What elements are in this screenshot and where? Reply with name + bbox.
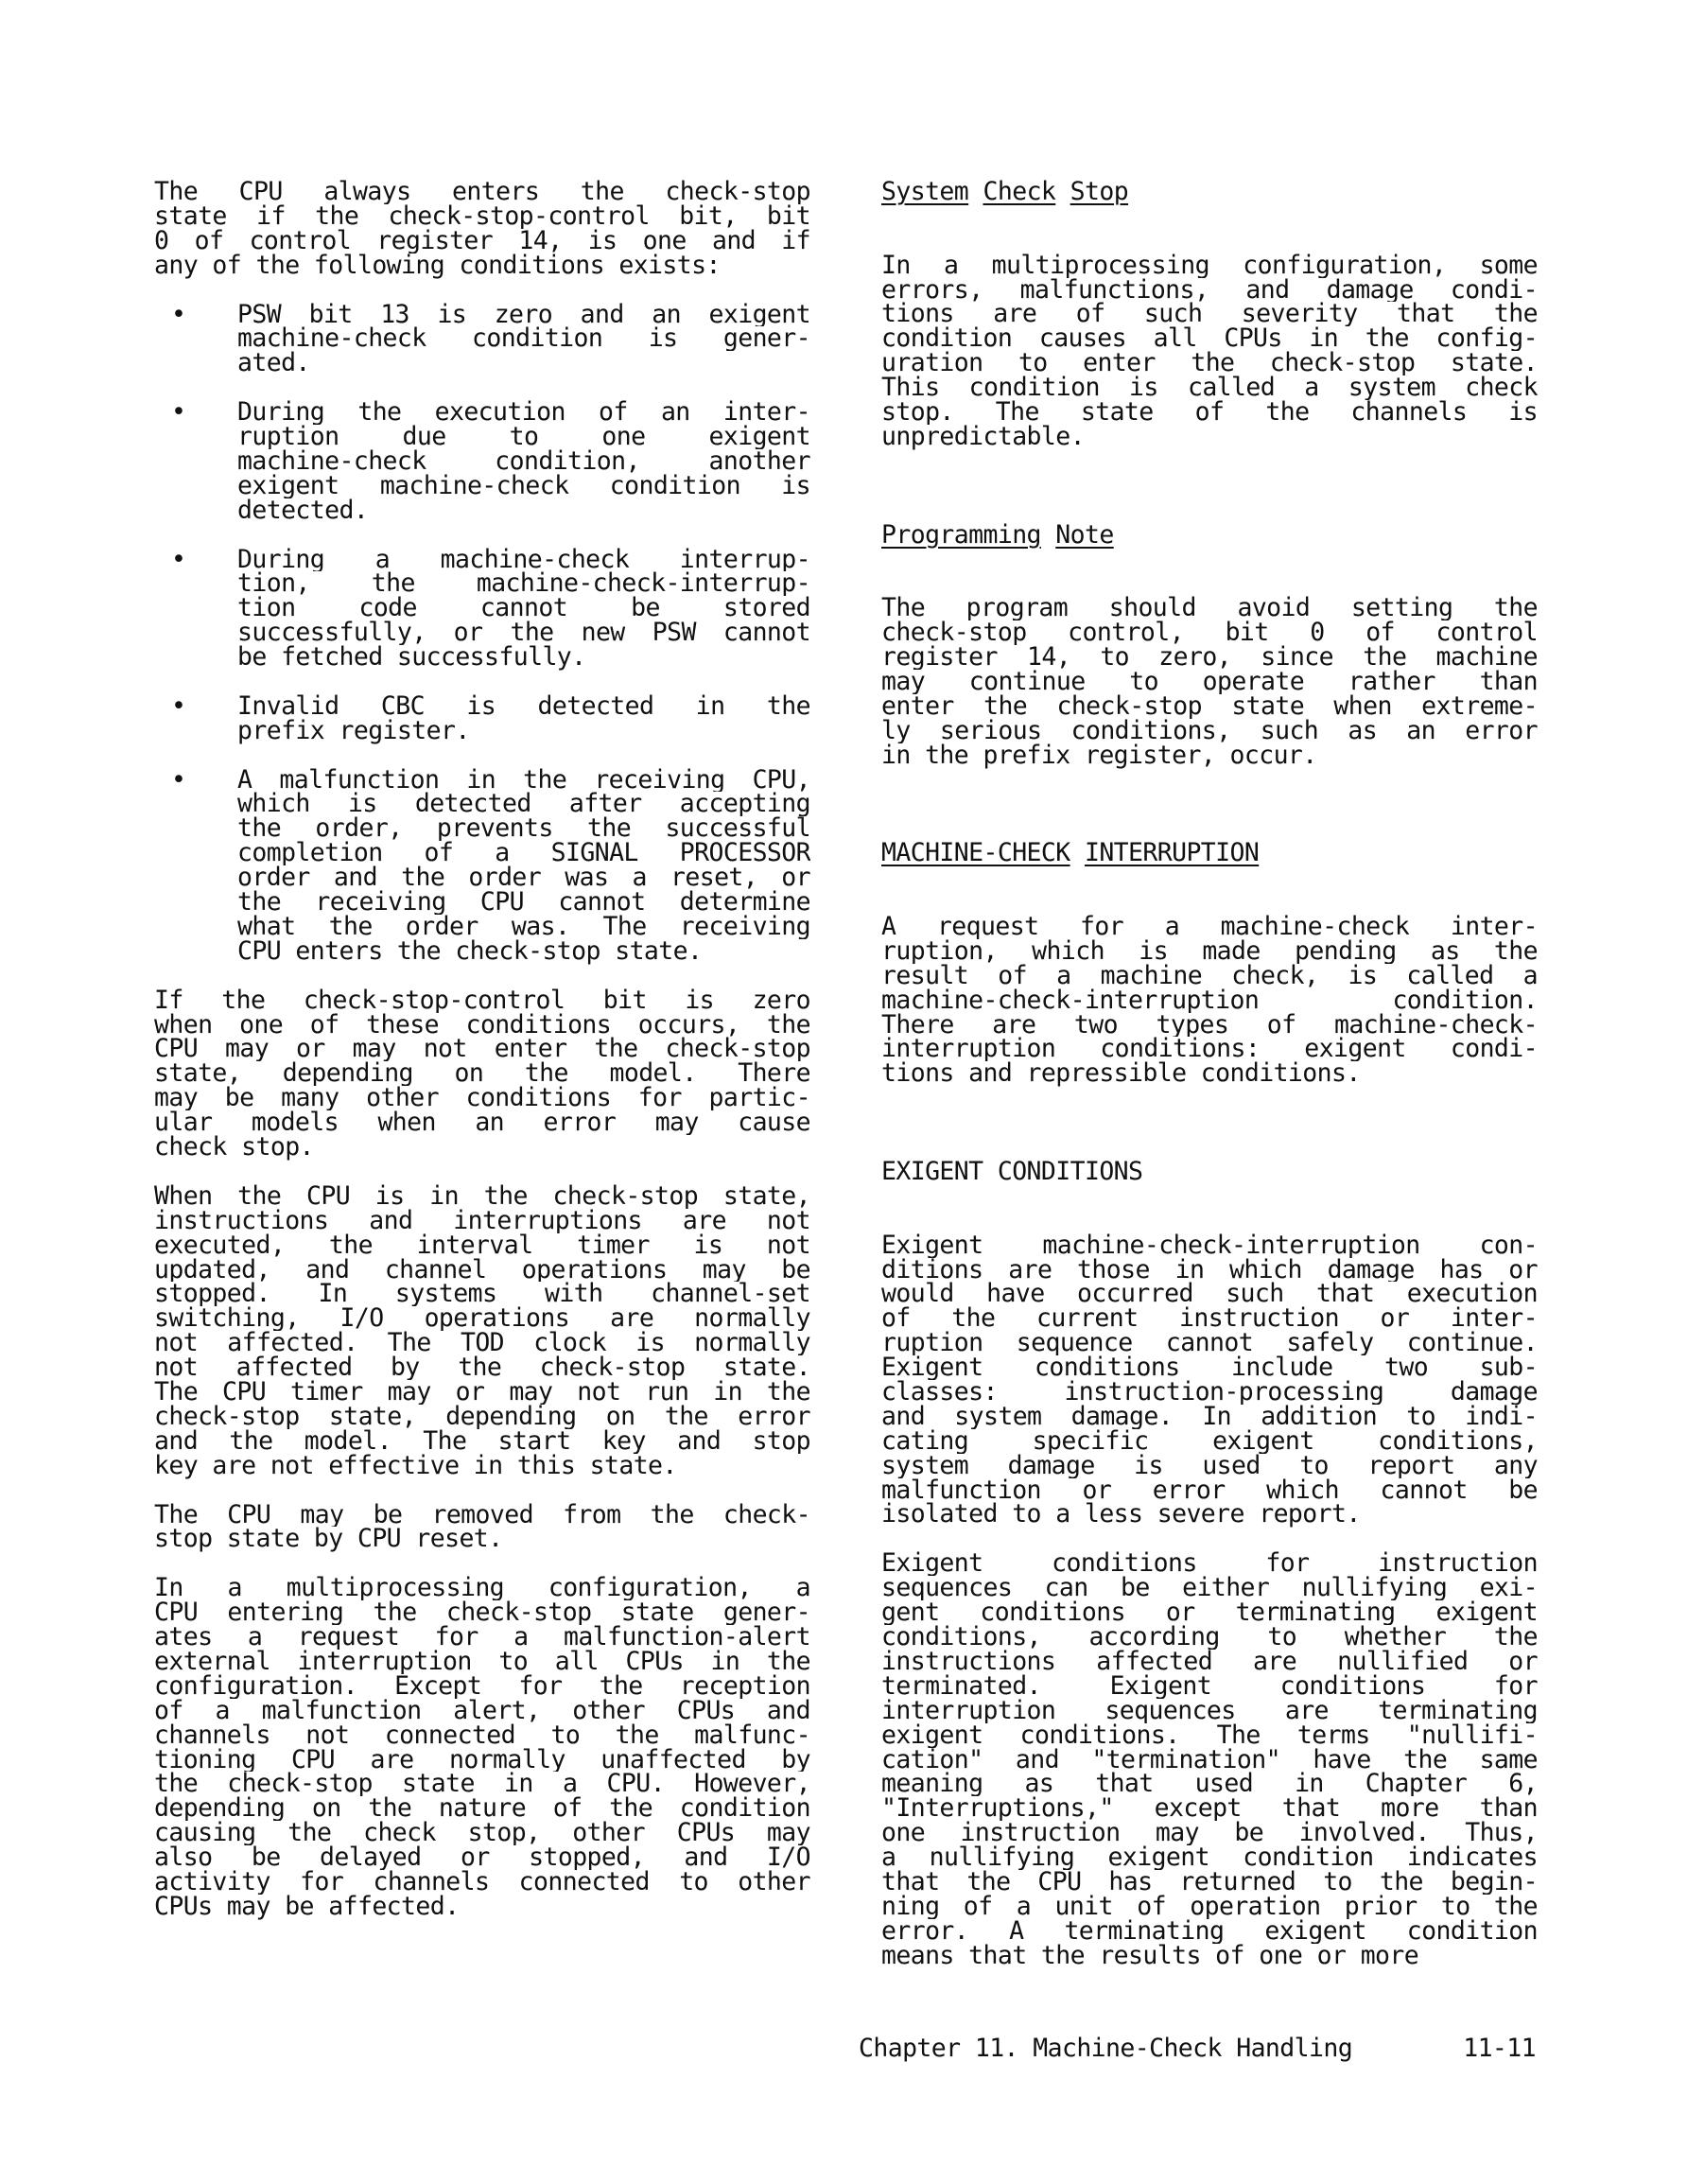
paragraph: Exigent machine-check-interruption con-d… xyxy=(881,1233,1538,1528)
text-line: ruption due to one exigent xyxy=(154,425,810,449)
text-line: CPU may or may not enter the check-stop xyxy=(154,1037,810,1061)
text-line: instructions and interruptions are not xyxy=(154,1209,810,1233)
section-heading: MACHINE-CHECK INTERRUPTION xyxy=(881,841,1538,865)
text-line: channels not connected to the malfunc- xyxy=(154,1723,810,1748)
heading-text: System Check Stop xyxy=(881,180,1538,204)
text-line: check stop. xyxy=(154,1135,810,1160)
text-line: the order, prevents the successful xyxy=(154,816,810,841)
page-number: 11-11 xyxy=(1463,2034,1536,2063)
paragraph: When the CPU is in the check-stop state,… xyxy=(154,1184,810,1478)
text-line: ditions are those in which damage has or xyxy=(881,1258,1538,1283)
paragraph: In a multiprocessing configuration, aCPU… xyxy=(154,1576,810,1918)
text-line: result of a machine check, is called a xyxy=(881,964,1538,988)
text-line: state, depending on the model. There xyxy=(154,1061,810,1086)
text-line: order and the order was a reset, or xyxy=(154,865,810,890)
text-line: external interruption to all CPUs in the xyxy=(154,1650,810,1674)
text-line: When the CPU is in the check-stop state, xyxy=(154,1184,810,1209)
text-line: check-stop control, bit 0 of control xyxy=(881,620,1538,645)
text-line: interruption sequences are terminating xyxy=(881,1699,1538,1723)
text-line: in the prefix register, occur. xyxy=(881,743,1538,768)
paragraph: The program should avoid setting thechec… xyxy=(881,596,1538,767)
text-line: updated, and channel operations may be xyxy=(154,1258,810,1283)
text-line: ning of a unit of operation prior to the xyxy=(881,1895,1538,1919)
bullet-item: •During the execution of an inter-ruptio… xyxy=(154,400,810,522)
text-line: tion code cannot be stored xyxy=(154,596,810,620)
text-line: During a machine-check interrup- xyxy=(154,548,810,572)
text-line: tioning CPU are normally unaffected by xyxy=(154,1748,810,1773)
heading-text: Programming Note xyxy=(881,523,1538,548)
text-line: CPU enters the check-stop state. xyxy=(154,939,810,964)
text-line: ruption, which is made pending as the xyxy=(881,939,1538,964)
text-line: conditions, according to whether the xyxy=(881,1625,1538,1650)
text-line: not affected by the check-stop state. xyxy=(154,1355,810,1380)
text-line: ated. xyxy=(154,351,810,376)
text-line: state if the check-stop-control bit, bit xyxy=(154,204,810,229)
paragraph: The CPU may be removed from the check-st… xyxy=(154,1503,810,1552)
text-line: uration to enter the check-stop state. xyxy=(881,351,1538,376)
text-line: If the check-stop-control bit is zero xyxy=(154,988,810,1013)
text-line: activity for channels connected to other xyxy=(154,1870,810,1895)
text-line: errors, malfunctions, and damage condi- xyxy=(881,278,1538,303)
paragraph: Exigent conditions for instructionsequen… xyxy=(881,1551,1538,1967)
text-line: Exigent machine-check-interruption con- xyxy=(881,1233,1538,1258)
text-line: that the CPU has returned to the begin- xyxy=(881,1870,1538,1895)
text-line: not affected. The TOD clock is normally xyxy=(154,1331,810,1355)
text-line: check-stop state, depending on the error xyxy=(154,1405,810,1429)
text-line: the receiving CPU cannot determine xyxy=(154,890,810,915)
bullet-item: •Invalid CBC is detected in theprefix re… xyxy=(154,694,810,743)
text-line: would have occurred such that execution xyxy=(881,1282,1538,1306)
bullet-item: •A malfunction in the receiving CPU,whic… xyxy=(154,768,810,964)
text-line: be fetched successfully. xyxy=(154,645,810,670)
text-line: Exigent conditions for instruction xyxy=(881,1551,1538,1576)
text-line: machine-check condition, another xyxy=(154,449,810,474)
text-line: one instruction may be involved. Thus, xyxy=(881,1821,1538,1845)
section-heading: System Check Stop xyxy=(881,180,1538,204)
text-line: the check-stop state in a CPU. However, xyxy=(154,1772,810,1796)
paragraph: In a multiprocessing configuration, some… xyxy=(881,253,1538,449)
paragraph: The CPU always enters the check-stopstat… xyxy=(154,180,810,278)
text-line: cating specific exigent conditions, xyxy=(881,1429,1538,1454)
text-line: condition causes all CPUs in the config- xyxy=(881,326,1538,351)
text-line: switching, I/O operations are normally xyxy=(154,1306,810,1331)
text-line: causing the check stop, other CPUs may xyxy=(154,1821,810,1845)
text-line: instructions affected are nullified or xyxy=(881,1650,1538,1674)
text-line: error. A terminating exigent condition xyxy=(881,1919,1538,1944)
text-line: During the execution of an inter- xyxy=(154,400,810,425)
text-line: unpredictable. xyxy=(881,425,1538,449)
text-line: ates a request for a malfunction-alert xyxy=(154,1625,810,1650)
text-line: ruption sequence cannot safely continue. xyxy=(881,1331,1538,1355)
text-line: and system damage. In addition to indi- xyxy=(881,1405,1538,1429)
text-line: Invalid CBC is detected in the xyxy=(154,694,810,719)
text-line: terminated. Exigent conditions for xyxy=(881,1674,1538,1699)
text-line: A malfunction in the receiving CPU, xyxy=(154,768,810,793)
text-line: of the current instruction or inter- xyxy=(881,1306,1538,1331)
text-line: sequences can be either nullifying exi- xyxy=(881,1576,1538,1600)
text-line: configuration. Except for the reception xyxy=(154,1674,810,1699)
section-heading: Programming Note xyxy=(881,523,1538,548)
heading-text: EXIGENT CONDITIONS xyxy=(881,1160,1538,1184)
text-line: register 14, to zero, since the machine xyxy=(881,645,1538,670)
page-footer: Chapter 11. Machine-Check Handling 11-11 xyxy=(859,2034,1536,2063)
text-line: PSW bit 13 is zero and an exigent xyxy=(154,303,810,327)
text-line: In a multiprocessing configuration, a xyxy=(154,1576,810,1600)
text-line: detected. xyxy=(154,498,810,523)
text-line: tions and repressible conditions. xyxy=(881,1061,1538,1086)
text-line: of a malfunction alert, other CPUs and xyxy=(154,1699,810,1723)
text-line: stop state by CPU reset. xyxy=(154,1527,810,1551)
text-line: completion of a SIGNAL PROCESSOR xyxy=(154,841,810,865)
text-line: tions are of such severity that the xyxy=(881,302,1538,326)
text-line: CPUs may be affected. xyxy=(154,1895,810,1919)
text-line: which is detected after accepting xyxy=(154,792,810,816)
bullet-item: •During a machine-check interrup-tion, t… xyxy=(154,548,810,670)
text-line: Exigent conditions include two sub- xyxy=(881,1355,1538,1380)
text-line: In a multiprocessing configuration, some xyxy=(881,253,1538,278)
text-line: any of the following conditions exists: xyxy=(154,253,810,278)
footer-chapter-title: Chapter 11. Machine-Check Handling xyxy=(859,2034,1352,2063)
text-line: gent conditions or terminating exigent xyxy=(881,1600,1538,1625)
text-line: stopped. In systems with channel-set xyxy=(154,1282,810,1306)
text-line: There are two types of machine-check- xyxy=(881,1013,1538,1038)
text-line: The CPU timer may or may not run in the xyxy=(154,1380,810,1405)
text-line: exigent machine-check condition is xyxy=(154,474,810,498)
text-line: enter the check-stop state when extreme- xyxy=(881,694,1538,719)
text-line: cation" and "termination" have the same xyxy=(881,1748,1538,1773)
text-line: means that the results of one or more xyxy=(881,1944,1538,1968)
text-line: exigent conditions. The terms "nullifi- xyxy=(881,1723,1538,1748)
text-line: what the order was. The receiving xyxy=(154,915,810,939)
text-line: tion, the machine-check-interrup- xyxy=(154,571,810,596)
bullet-item: •PSW bit 13 is zero and an exigentmachin… xyxy=(154,303,810,376)
text-line: may be many other conditions for partic- xyxy=(154,1086,810,1110)
text-line: CPU entering the check-stop state gener- xyxy=(154,1600,810,1625)
text-line: ly serious conditions, such as an error xyxy=(881,719,1538,743)
paragraph: If the check-stop-control bit is zerowhe… xyxy=(154,988,810,1160)
text-line: also be delayed or stopped, and I/O xyxy=(154,1845,810,1870)
section-heading: EXIGENT CONDITIONS xyxy=(881,1160,1538,1184)
text-line: a nullifying exigent condition indicates xyxy=(881,1845,1538,1870)
text-line: The program should avoid setting the xyxy=(881,596,1538,620)
text-line: The CPU always enters the check-stop xyxy=(154,180,810,204)
text-line: executed, the interval timer is not xyxy=(154,1233,810,1258)
text-line: system damage is used to report any xyxy=(881,1454,1538,1478)
text-line: 0 of control register 14, is one and if xyxy=(154,229,810,253)
paragraph: A request for a machine-check inter-rupt… xyxy=(881,915,1538,1086)
text-line: isolated to a less severe report. xyxy=(881,1502,1538,1527)
text-line: machine-check-interruption condition. xyxy=(881,988,1538,1013)
text-line: key are not effective in this state. xyxy=(154,1454,810,1478)
text-line: This condition is called a system check xyxy=(881,376,1538,400)
text-line: meaning as that used in Chapter 6, xyxy=(881,1772,1538,1796)
text-line: when one of these conditions occurs, the xyxy=(154,1013,810,1038)
text-line: A request for a machine-check inter- xyxy=(881,915,1538,939)
heading-text: MACHINE-CHECK INTERRUPTION xyxy=(881,841,1538,865)
text-line: depending on the nature of the condition xyxy=(154,1796,810,1821)
text-line: classes: instruction-processing damage xyxy=(881,1380,1538,1405)
text-line: may continue to operate rather than xyxy=(881,670,1538,694)
text-line: and the model. The start key and stop xyxy=(154,1429,810,1454)
text-line: prefix register. xyxy=(154,719,810,743)
text-line: "Interruptions," except that more than xyxy=(881,1796,1538,1821)
